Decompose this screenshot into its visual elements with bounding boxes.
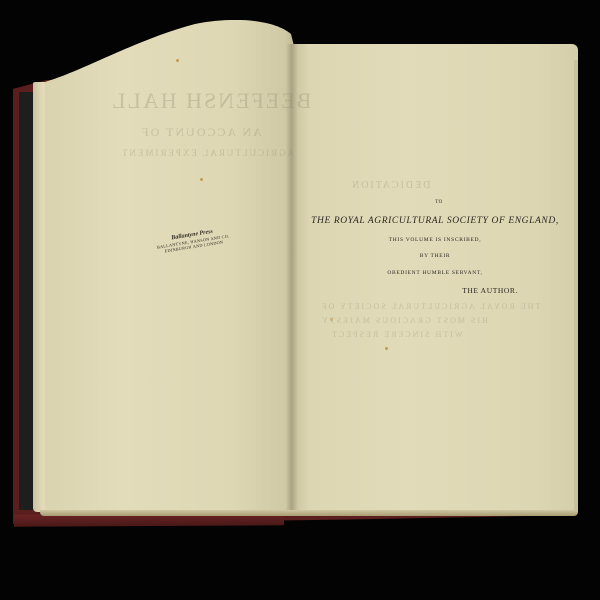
dedication-to: TO (308, 200, 570, 205)
foxing-spot (330, 318, 333, 321)
show-through-line: THE ROYAL AGRICULTURAL SOCIETY OF (320, 302, 540, 311)
show-through-line: DEDICATION (350, 180, 431, 191)
page-bottom-edge (40, 510, 578, 516)
foxing-spot (385, 347, 388, 350)
dedication-author: THE AUTHOR. (300, 287, 570, 295)
book-gutter (286, 44, 298, 512)
show-through-line: AN ACCOUNT OF (140, 125, 262, 140)
show-through-line: WITH SINCERE RESPECT (330, 330, 462, 339)
dedication-line: THIS VOLUME IS INSCRIBED, (300, 238, 570, 244)
dedication-block: TO THE ROYAL AGRICULTURAL SOCIETY OF ENG… (300, 200, 570, 295)
show-through-line: AGRICULTURAL EXPERIMENT (120, 148, 294, 158)
foxing-spot (176, 59, 179, 62)
show-through-line: HIS MOST GRACIOUS MAJESTY (320, 316, 488, 325)
show-through-title: BEEFENSH HALL (110, 88, 311, 114)
foxing-spot (200, 178, 203, 181)
dedication-society: THE ROYAL AGRICULTURAL SOCIETY OF ENGLAN… (300, 217, 570, 227)
book-photo: BEEFENSH HALL AN ACCOUNT OF AGRICULTURAL… (0, 0, 600, 600)
dedication-line: OBEDIENT HUMBLE SERVANT, (300, 271, 570, 277)
right-page-edge (574, 60, 578, 512)
dedication-line: BY THEIR (300, 254, 570, 260)
